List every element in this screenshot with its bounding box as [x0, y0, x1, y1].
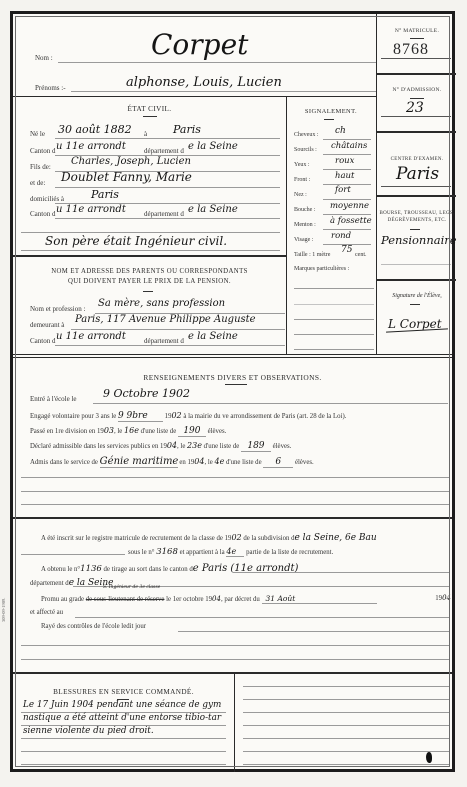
- taille-label: Taille : 1 mètre: [294, 252, 330, 258]
- promu-year: 04: [212, 595, 221, 603]
- sourcils-line: [323, 154, 371, 155]
- bouche-label: Bouche :: [294, 207, 316, 213]
- ink-blot: [426, 752, 432, 763]
- signalement-divider: [286, 96, 287, 354]
- prenoms-value: alphonse, Louis, Lucien: [126, 75, 282, 90]
- recrutement-departement-label: département d: [30, 580, 69, 587]
- declare-row: Déclaré admissible dans les services pub…: [30, 441, 291, 452]
- admission-dash: [410, 98, 424, 99]
- admis-label: Admis dans le service de: [30, 459, 98, 466]
- entre-label: Entré à l'école le: [30, 395, 77, 403]
- passe-liste: d'une liste de: [141, 428, 177, 435]
- parents-departement-value: e la Seine: [188, 331, 238, 342]
- centre-line: [381, 186, 451, 187]
- matricule-line: [381, 58, 451, 59]
- declare-eleves: élèves.: [273, 443, 292, 450]
- bourse-divider: [376, 279, 456, 281]
- declare-label: Déclaré admissible dans les services pub…: [30, 443, 167, 450]
- menton-value: à fossette: [330, 216, 372, 226]
- decret-year: 04: [442, 594, 451, 602]
- blessures-line-2: nastique a été atteint d'une entorse tib…: [23, 713, 221, 723]
- admis-liste: d'une liste de: [226, 459, 262, 466]
- marques-line-3: [294, 319, 374, 320]
- obtenu-value: 1136: [80, 564, 102, 574]
- entre-value: 9 Octobre 1902: [103, 387, 190, 400]
- signalement-title: SIGNALEMENT.: [286, 108, 376, 115]
- passe-row: Passé en 1re division en 1903, le 16e d'…: [30, 426, 226, 437]
- admission-value: 23: [406, 100, 424, 116]
- blank-line-3: [21, 504, 449, 505]
- bourse-value: Pensionnaire: [381, 233, 457, 247]
- etat-civil-dash: [143, 116, 157, 117]
- et-de-label: et de:: [30, 179, 45, 187]
- passe-le: , le: [114, 428, 122, 435]
- etat-civil-note: Son père était Ingénieur civil.: [45, 234, 227, 248]
- parents-dash: [143, 291, 153, 292]
- promu-above: S. Ingénieur de 3e classe: [103, 585, 160, 590]
- declare-liste: d'une liste de: [204, 443, 240, 450]
- ne-le-line: [55, 138, 280, 139]
- parents-title-line2: QUI DOIVENT PAYER LE PRIX DE LA PENSION.: [13, 278, 286, 285]
- passe-label: Passé en 1re division en 19: [30, 428, 104, 435]
- declare-year: 04: [167, 441, 177, 450]
- departement-label: département d: [144, 147, 184, 155]
- parents-title-line1: NOM ET ADRESSE DES PARENTS OU CORRESPOND…: [13, 268, 286, 275]
- right-blank-7: [243, 764, 449, 765]
- menton-line: [323, 229, 371, 230]
- engage-day: 9 9bre: [118, 411, 163, 422]
- centre-examen-value: Paris: [396, 164, 439, 184]
- right-blank-3: [243, 712, 449, 713]
- canton-value: u 11e arrondt: [56, 141, 126, 152]
- nom-value: Corpet: [151, 28, 248, 61]
- sous-value: 3168: [156, 547, 178, 557]
- menton-label: Menton :: [294, 222, 316, 228]
- canton2-value: u 11e arrondt: [56, 204, 126, 215]
- demeurant-line: [71, 329, 285, 330]
- etat-civil-title: ÉTAT CIVIL.: [13, 105, 286, 113]
- sourcils-value: châtains: [331, 141, 367, 151]
- admis-rank: 4e: [214, 457, 224, 466]
- departement2-label: département d: [144, 210, 184, 218]
- engage-row: Engagé volontaire pour 3 ans le 9 9bre 1…: [30, 411, 346, 422]
- etat-civil-divider: [13, 255, 286, 257]
- canton-label: Canton d: [30, 147, 55, 155]
- tirage-line: [233, 572, 449, 573]
- admis-en: en 19: [179, 459, 194, 466]
- blessures-divider: [234, 672, 235, 772]
- marques-label: Marques particulières :: [294, 266, 349, 272]
- admis-year: 04: [194, 457, 204, 466]
- ne-le-value: 30 août 1882: [58, 123, 132, 136]
- renseignements-dash: [225, 384, 247, 385]
- raye-label: Rayé des contrôles de l'école ledit jour: [41, 623, 146, 630]
- marques-line-4: [294, 334, 374, 335]
- departement-value: e la Seine: [188, 141, 238, 152]
- domicilies-value: Paris: [91, 188, 119, 201]
- sous-leading-line: [21, 554, 125, 555]
- demeurant-label: demeurant à: [30, 321, 64, 329]
- right-blank-5: [243, 738, 449, 739]
- admis-eleves: élèves.: [295, 459, 314, 466]
- marques-line-1: [294, 288, 374, 289]
- fils-de-label: Fils de:: [30, 163, 51, 171]
- passe-year: 03: [104, 426, 114, 435]
- visage-label: Visage :: [294, 237, 313, 243]
- note-line-bottom: [21, 250, 280, 251]
- parents-departement-label: département d: [144, 337, 184, 345]
- signature-dash: [410, 304, 420, 305]
- inscrit-row: A été inscrit sur le registre matricule …: [41, 533, 377, 543]
- blessures-rule-3: [21, 738, 226, 739]
- marques-line-5: [294, 349, 374, 350]
- recrutement-blank-1: [21, 645, 449, 646]
- engage-suffix: à la mairie du ve arrondissement de Pari…: [183, 413, 346, 420]
- et-de-value: Doublet Fanny, Marie: [61, 170, 192, 184]
- a-label: à: [144, 130, 147, 138]
- note-line-top: [21, 232, 280, 233]
- prenoms-line: [71, 91, 376, 92]
- header-divider: [13, 96, 376, 97]
- subdivision-value: e la Seine, 6e Bau: [295, 533, 377, 543]
- right-blank-4: [243, 725, 449, 726]
- recrutement-divider: [13, 672, 452, 674]
- right-blank-6: [243, 751, 449, 752]
- blessures-title: BLESSURES EN SERVICE COMMANDÉ.: [13, 688, 234, 696]
- blessures-rule-5: [21, 764, 226, 765]
- affecte-label: et affecté au: [30, 609, 63, 616]
- sous-label: sous le n°: [128, 549, 155, 556]
- renseignements-divider: [13, 517, 452, 519]
- matricule-dash: [410, 38, 424, 39]
- tirage-label: de tirage au sort dans le canton d: [104, 566, 193, 573]
- cheveux-label: Cheveux :: [294, 132, 319, 138]
- inscrit-year: 02: [231, 533, 241, 542]
- prenoms-label: Prénoms :-: [35, 84, 66, 92]
- admission-divider: [376, 131, 456, 133]
- mid-divider-b: [13, 357, 452, 358]
- taille-value: 75: [341, 245, 352, 255]
- admis-count: 6: [263, 457, 293, 468]
- passe-eleves: élèves.: [208, 428, 227, 435]
- subdivision-label: de la subdivision d: [243, 535, 294, 542]
- parents-canton-value: u 11e arrondt: [56, 331, 126, 342]
- bourse-line: [381, 264, 451, 265]
- demeurant-value: Paris, 117 Avenue Philippe Auguste: [75, 314, 256, 325]
- cheveux-value: ch: [335, 126, 346, 136]
- ne-le-label: Né le: [30, 130, 45, 138]
- matricule-label: N° MATRICULE.: [379, 28, 455, 34]
- admis-value: Génie maritime: [100, 456, 178, 468]
- a-value: Paris: [173, 123, 201, 136]
- signalement-dash: [324, 119, 334, 120]
- centre-examen-label: CENTRE D'EXAMEN.: [379, 157, 455, 162]
- passe-count: 190: [178, 426, 206, 437]
- yeux-line: [323, 169, 371, 170]
- bourse-dash: [410, 229, 420, 230]
- partie-value: 4e: [226, 547, 244, 557]
- sourcils-label: Sourcils :: [294, 147, 317, 153]
- domicilies-label: domiciliés à: [30, 195, 64, 203]
- margin-side-id: 309-09-1909.: [1, 598, 6, 622]
- nom-profession-value: Sa mère, sans profession: [98, 298, 225, 309]
- decret-value: 31 Août: [262, 594, 377, 604]
- recrutement-blank-2: [21, 659, 449, 660]
- right-blank-2: [243, 699, 449, 700]
- signature-label: Signature de l'Élève,: [379, 293, 455, 299]
- et-de-line: [55, 187, 280, 188]
- front-value: haut: [335, 171, 354, 181]
- promu-row: Promu au grade de sous-lieutenant de rés…: [41, 594, 451, 604]
- renseignements-title: RENSEIGNEMENTS DIVERS ET OBSERVATIONS.: [13, 373, 452, 382]
- register-card: Nom : Corpet Prénoms :- alphonse, Louis,…: [10, 11, 455, 772]
- bouche-line: [323, 214, 371, 215]
- entre-line: [93, 403, 448, 404]
- raye-line: [178, 631, 449, 632]
- declare-le: , le: [177, 443, 185, 450]
- admis-row: Admis dans le service de Génie maritime …: [30, 456, 314, 468]
- yeux-value: roux: [335, 156, 354, 166]
- blessures-rule-4: [21, 751, 226, 752]
- admission-line: [381, 116, 451, 117]
- sous-row: sous le n° 3168 et appartient à la 4e pa…: [128, 547, 333, 557]
- promu-date: le 1er octobre 19: [166, 596, 212, 603]
- mid-divider-a: [13, 354, 452, 355]
- appartient-label: et appartient à la: [180, 549, 225, 556]
- engage-year: 02: [171, 411, 181, 420]
- blessures-line-3: sienne violente du pied droit.: [23, 726, 154, 736]
- blank-line-2: [21, 491, 449, 492]
- engage-label: Engagé volontaire pour 3 ans le: [30, 413, 116, 420]
- fils-de-value: Charles, Joseph, Lucien: [71, 156, 191, 167]
- nom-profession-label: Nom et profession :: [30, 305, 85, 313]
- inscrit-label: A été inscrit sur le registre matricule …: [41, 535, 231, 542]
- visage-value: rond: [331, 231, 351, 241]
- declare-count: 189: [241, 441, 271, 452]
- nez-label: Nez :: [294, 192, 307, 198]
- canton2-line: [55, 218, 280, 219]
- admission-label: N° D'ADMISSION.: [379, 87, 455, 93]
- bourse-label: BOURSE, TROUSSEAU, LEGS, DÉGRÈVEMENTS, E…: [379, 210, 455, 224]
- bouche-value: moyenne: [330, 201, 369, 211]
- admis-le: , le: [204, 459, 212, 466]
- front-label: Front :: [294, 177, 310, 183]
- obtenu-label: A obtenu le n°: [41, 566, 80, 573]
- yeux-label: Yeux :: [294, 162, 310, 168]
- right-blank-1: [243, 686, 449, 687]
- blank-line-1: [21, 477, 449, 478]
- nez-line: [323, 199, 371, 200]
- passe-rank: 16e: [124, 426, 139, 435]
- departement2-value: e la Seine: [188, 204, 238, 215]
- cheveux-line: [323, 139, 371, 140]
- matricule-divider: [376, 73, 456, 75]
- parents-canton-line: [55, 345, 285, 346]
- parents-canton-label: Canton d: [30, 337, 55, 345]
- affecte-line: [75, 617, 449, 618]
- taille-unit: cent.: [355, 252, 367, 258]
- centre-divider: [376, 195, 456, 197]
- nom-line: [58, 62, 376, 63]
- right-column-divider: [376, 14, 377, 354]
- nom-label: Nom :: [35, 54, 53, 62]
- decret-label: , par décret du: [221, 596, 260, 603]
- canton2-label: Canton d: [30, 210, 55, 218]
- matricule-value: 8768: [393, 41, 429, 59]
- marques-line-2: [294, 304, 374, 305]
- declare-rank: 23e: [187, 441, 202, 450]
- nez-value: fort: [335, 185, 351, 195]
- promu-struck: de sous-lieutenant de réserve: [86, 596, 165, 603]
- blessures-line-1: Le 17 Juin 1904 pendant une séance de gy…: [23, 700, 221, 710]
- promu-label: Promu au grade: [41, 596, 84, 603]
- partie-label: partie de la liste de recrutement.: [246, 549, 333, 556]
